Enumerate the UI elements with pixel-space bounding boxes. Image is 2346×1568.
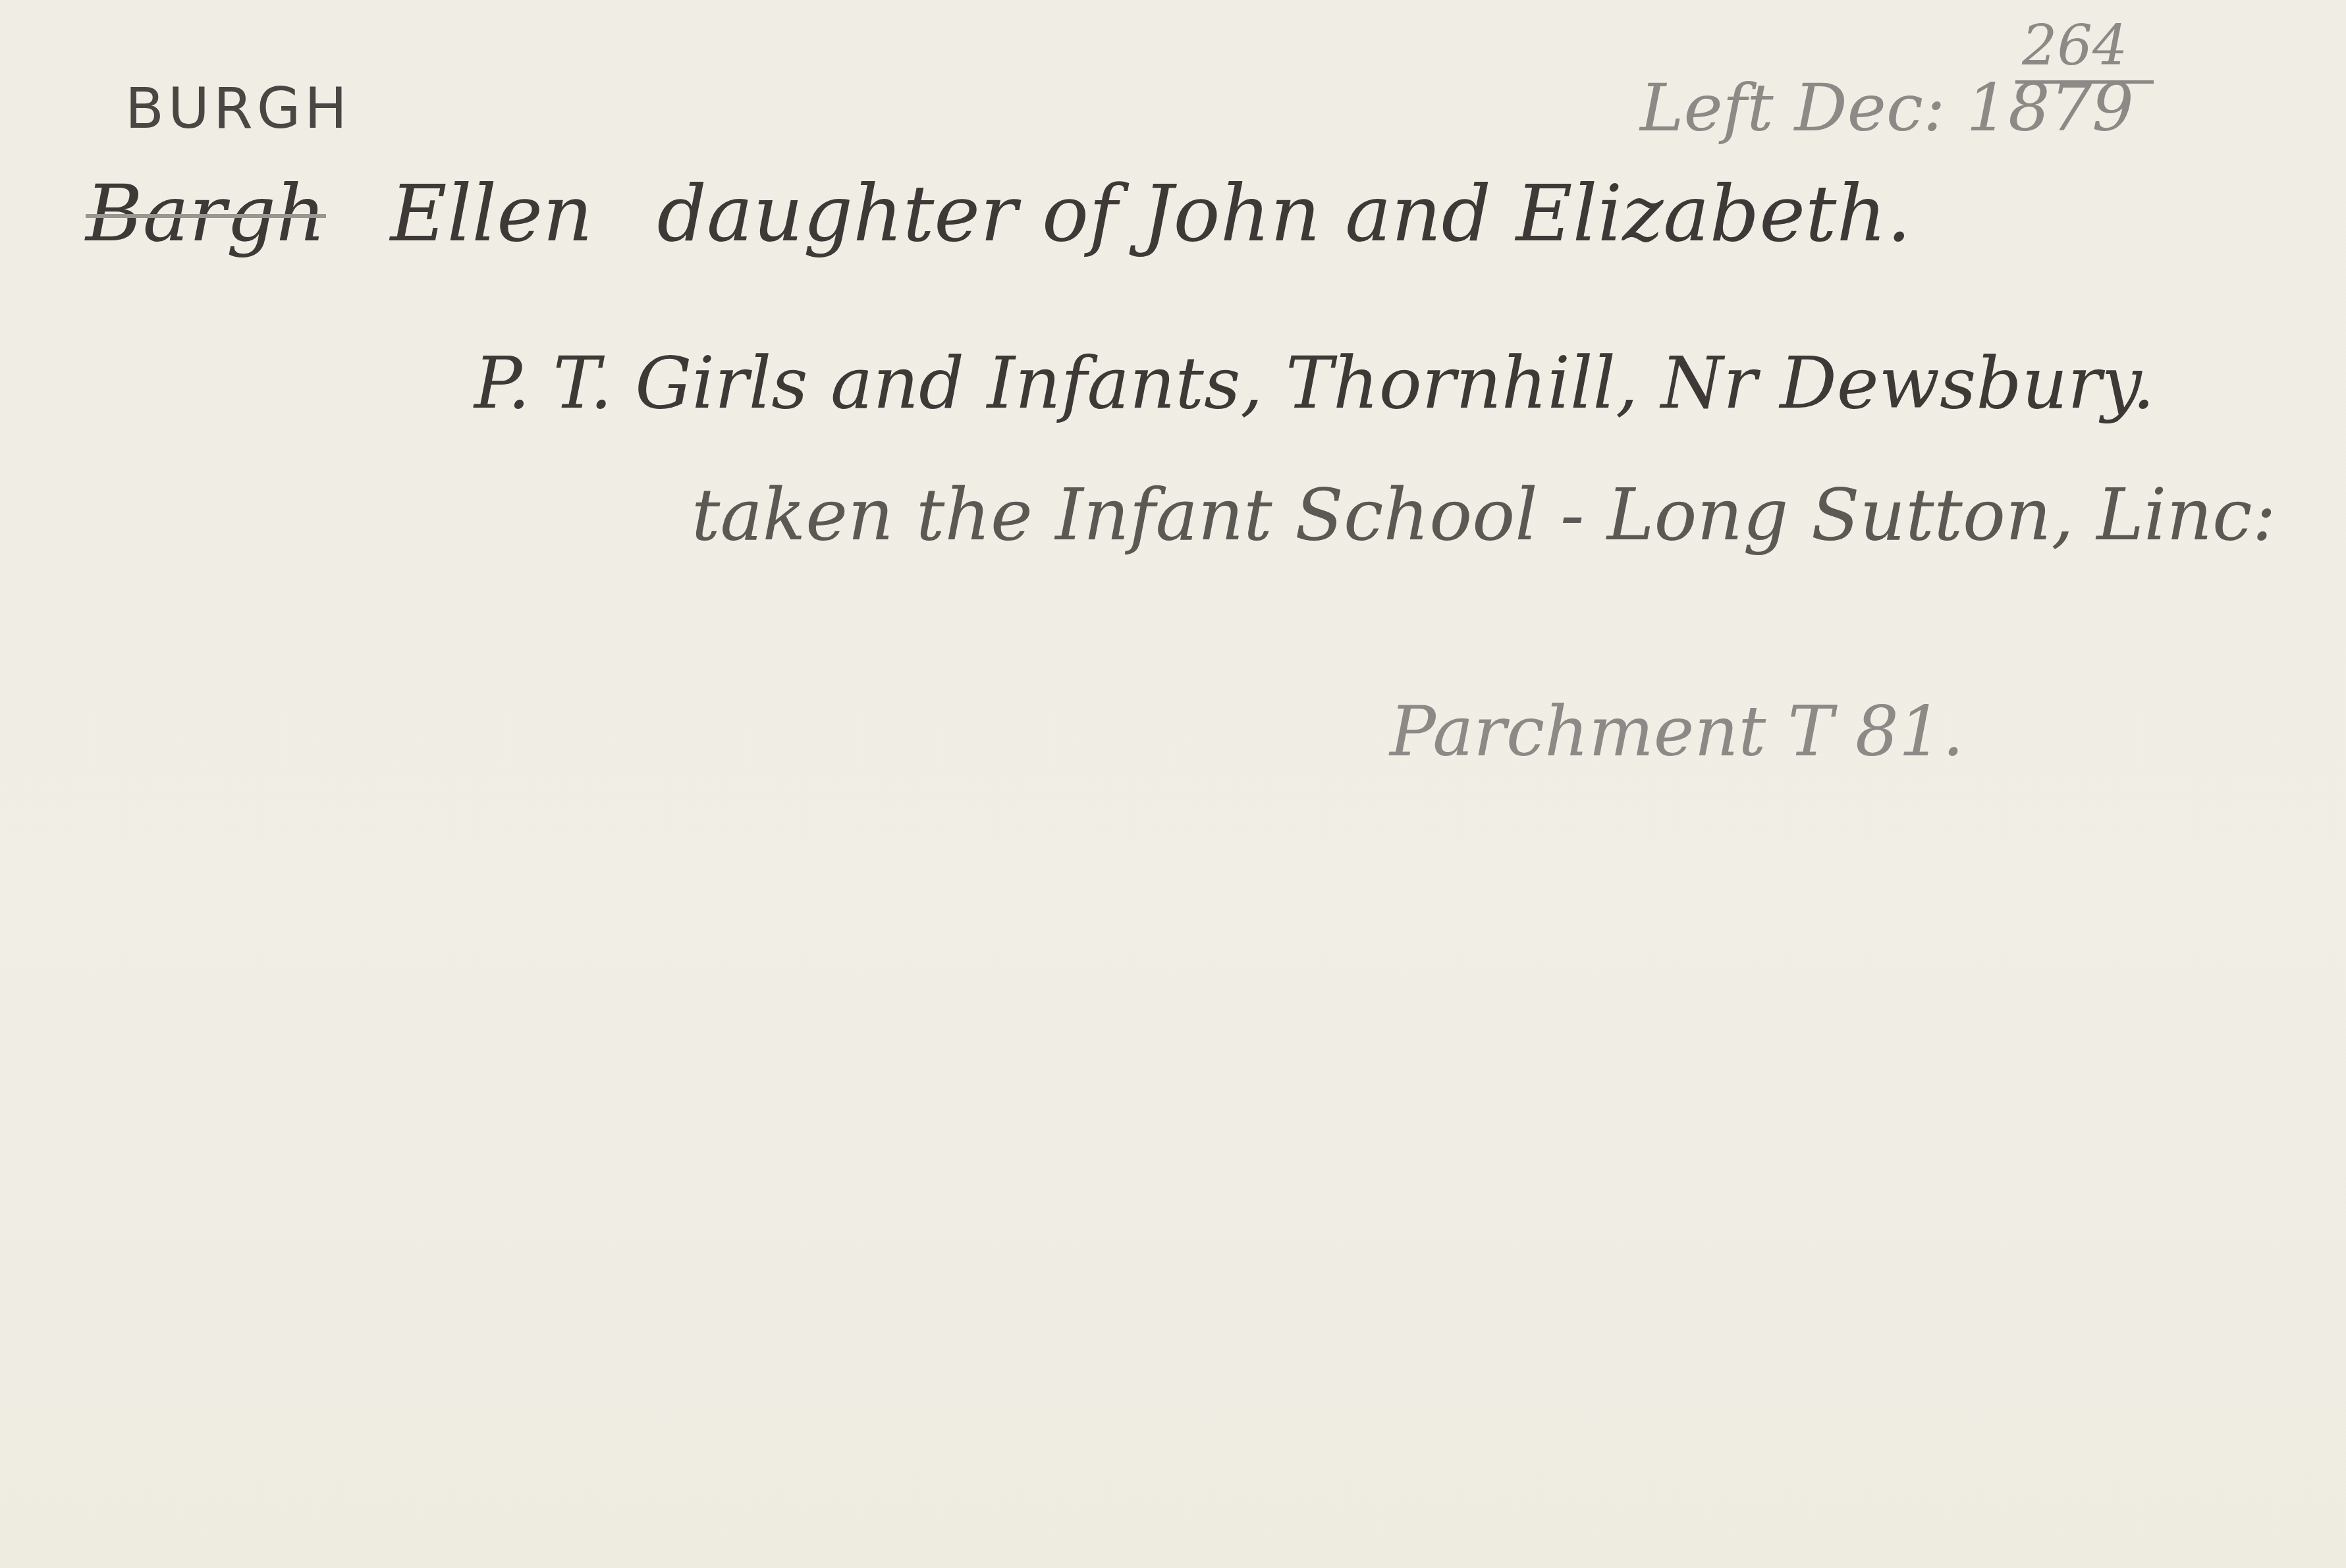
parchment-line: Parchment T 81. <box>1390 691 1964 772</box>
given-name: Ellen <box>391 168 593 259</box>
new-post-line: taken the Infant School - Long Sutton, L… <box>692 474 2276 556</box>
parentage: daughter of John and Elizabeth. <box>657 168 1911 259</box>
left-date-note: Left Dec: 1879 <box>1640 69 2134 146</box>
school-line: P. T. Girls and Infants, Thornhill, Nr D… <box>474 342 2155 425</box>
entry-name-line: Bargh Ellen daughter of John and Elizabe… <box>86 168 1951 259</box>
struck-surname: Bargh <box>86 168 326 259</box>
heading-surname: BURGH <box>125 76 351 142</box>
